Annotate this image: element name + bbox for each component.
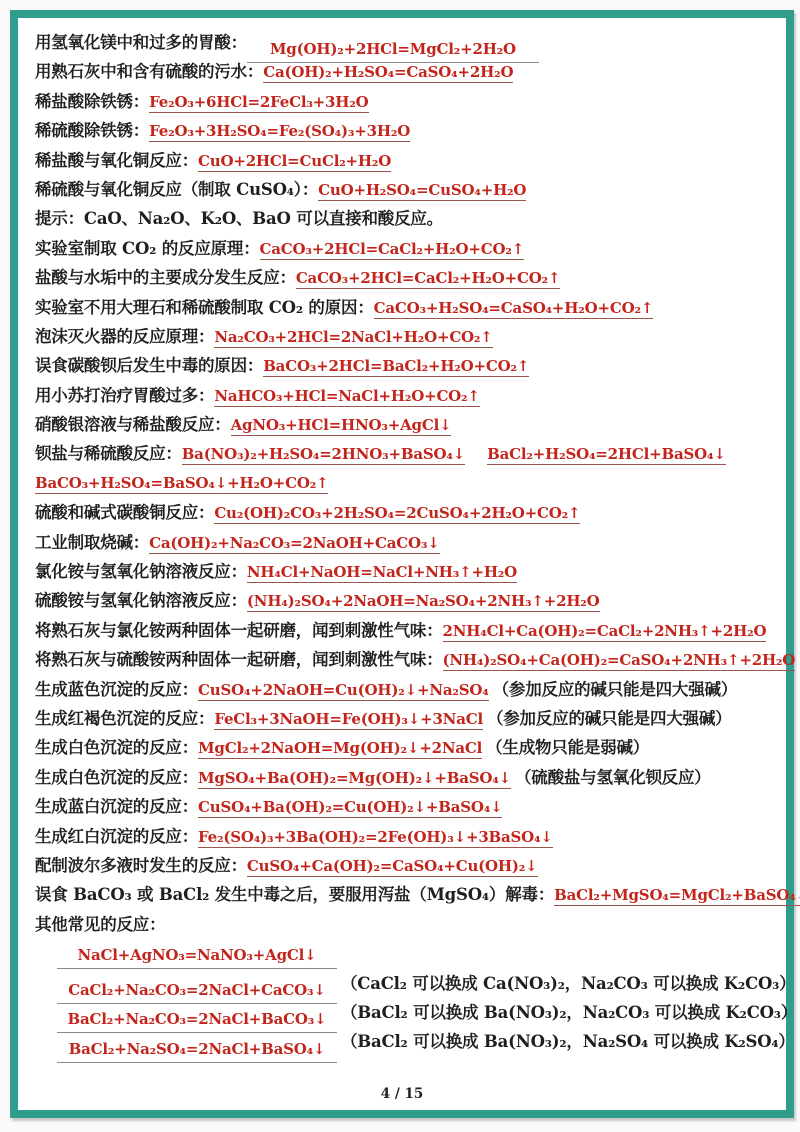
line-label: 工业制取烧碱：: [35, 533, 149, 552]
reaction-line: 生成白色沉淀的反应：MgCl₂+2NaOH=Mg(OH)₂↓+2NaCl（生成物…: [35, 733, 772, 762]
reaction-line: 用熟石灰中和含有硫酸的污水：Ca(OH)₂+H₂SO₄=CaSO₄+2H₂O: [35, 57, 772, 86]
chemical-equation: CuO+H₂SO₄=CuSO₄+H₂O: [318, 181, 526, 201]
chemical-equation: 2NH₄Cl+Ca(OH)₂=CaCl₂+2NH₃↑+2H₂O: [443, 622, 767, 642]
chemical-equation: CuSO₄+Ca(OH)₂=CaSO₄+Cu(OH)₂↓: [247, 857, 538, 877]
chemical-equation: CaCO₃+2HCl=CaCl₂+H₂O+CO₂↑: [296, 269, 561, 289]
line-label: 硝酸银溶液与稀盐酸反应：: [35, 415, 231, 434]
chemical-equation: Fe₂O₃+3H₂SO₄=Fe₂(SO₄)₃+3H₂O: [149, 122, 410, 142]
line-label: 盐酸与水垢中的主要成分发生反应：: [35, 268, 296, 287]
line-label: 配制波尔多液时发生的反应：: [35, 856, 247, 875]
reaction-line: 误食 BaCO₃ 或 BaCl₂ 发生中毒之后，要服用泻盐（MgSO₄）解毒：B…: [35, 880, 772, 909]
reaction-line: 稀硫酸与氧化铜反应（制取 CuSO₄）：CuO+H₂SO₄=CuSO₄+H₂O: [35, 175, 772, 204]
chemical-equation: CaCO₃+2HCl=CaCl₂+H₂O+CO₂↑: [260, 240, 525, 260]
reaction-line: 实验室制取 CO₂ 的反应原理：CaCO₃+2HCl=CaCl₂+H₂O+CO₂…: [35, 234, 772, 263]
reaction-line: CaCl₂+Na₂CO₃=2NaCl+CaCO₃↓（CaCl₂ 可以换成 Ca(…: [35, 969, 772, 998]
reaction-line: 稀硫酸除铁锈：Fe₂O₃+3H₂SO₄=Fe₂(SO₄)₃+3H₂O: [35, 116, 772, 145]
line-label: 误食 BaCO₃ 或 BaCl₂ 发生中毒之后，要服用泻盐（MgSO₄）解毒：: [35, 885, 554, 904]
line-label: 稀硫酸与氧化铜反应（制取 CuSO₄）：: [35, 180, 318, 199]
line-label: 生成白色沉淀的反应：: [35, 738, 198, 757]
fill-blank: BaCl₂+Na₂SO₄=2NaCl+BaSO₄↓: [57, 1035, 337, 1063]
line-label: 硫酸铵与氢氧化钠溶液反应：: [35, 591, 247, 610]
line-label: 用熟石灰中和含有硫酸的污水：: [35, 62, 263, 81]
page-frame: 用氢氧化镁中和过多的胃酸：Mg(OH)₂+2HCl=MgCl₂+2H₂O 用熟石…: [10, 10, 794, 1118]
reaction-line: 钡盐与稀硫酸反应：Ba(NO₃)₂+H₂SO₄=2HNO₃+BaSO₄↓BaCl…: [35, 439, 772, 468]
line-label: 生成红白沉淀的反应：: [35, 827, 198, 846]
reaction-line: 稀盐酸除铁锈：Fe₂O₃+6HCl=2FeCl₃+3H₂O: [35, 87, 772, 116]
chemical-equation: BaCl₂+MgSO₄=MgCl₂+BaSO₄↓: [554, 886, 800, 906]
reaction-line: 工业制取烧碱：Ca(OH)₂+Na₂CO₃=2NaOH+CaCO₃↓: [35, 528, 772, 557]
chemical-equation: CaCO₃+H₂SO₄=CaSO₄+H₂O+CO₂↑: [374, 299, 654, 319]
line-label: 用氢氧化镁中和过多的胃酸：: [35, 33, 247, 52]
line-note: （生成物只能是弱碱）: [486, 738, 649, 757]
chemical-equation: CuSO₄+2NaOH=Cu(OH)₂↓+Na₂SO₄: [198, 681, 489, 701]
reaction-line: 硫酸和碱式碳酸铜反应：Cu₂(OH)₂CO₃+2H₂SO₄=2CuSO₄+2H₂…: [35, 498, 772, 527]
reaction-line: 生成蓝色沉淀的反应：CuSO₄+2NaOH=Cu(OH)₂↓+Na₂SO₄（参加…: [35, 675, 772, 704]
line-note: （参加反应的碱只能是四大强碱）: [493, 680, 738, 699]
line-note: （BaCl₂ 可以换成 Ba(NO₃)₂，Na₂CO₃ 可以换成 K₂CO₃）: [341, 1003, 797, 1022]
line-label: 稀盐酸与氧化铜反应：: [35, 151, 198, 170]
line-label: 用小苏打治疗胃酸过多：: [35, 386, 214, 405]
reaction-line: 稀盐酸与氧化铜反应：CuO+2HCl=CuCl₂+H₂O: [35, 146, 772, 175]
chemical-equation: (NH₄)₂SO₄+Ca(OH)₂=CaSO₄+2NH₃↑+2H₂O: [443, 651, 796, 671]
line-label: 泡沫灭火器的反应原理：: [35, 327, 214, 346]
reaction-line: 用小苏打治疗胃酸过多：NaHCO₃+HCl=NaCl+H₂O+CO₂↑: [35, 381, 772, 410]
chemical-equation: CuO+2HCl=CuCl₂+H₂O: [198, 152, 391, 172]
reaction-line: 盐酸与水垢中的主要成分发生反应：CaCO₃+2HCl=CaCl₂+H₂O+CO₂…: [35, 263, 772, 292]
chemical-equation-2: BaCl₂+H₂SO₄=2HCl+BaSO₄↓: [487, 445, 726, 465]
chemical-equation: BaCO₃+2HCl=BaCl₂+H₂O+CO₂↑: [263, 357, 529, 377]
reaction-line: NaCl+AgNO₃=NaNO₃+AgCl↓: [35, 939, 772, 968]
line-label: 将熟石灰与硫酸铵两种固体一起研磨，闻到刺激性气味：: [35, 650, 443, 669]
reaction-line: 生成蓝白沉淀的反应：CuSO₄+Ba(OH)₂=Cu(OH)₂↓+BaSO₄↓: [35, 792, 772, 821]
line-label: 其他常见的反应：: [35, 915, 165, 934]
document-content: 用氢氧化镁中和过多的胃酸：Mg(OH)₂+2HCl=MgCl₂+2H₂O 用熟石…: [18, 18, 786, 1110]
chemical-equation: NaCl+AgNO₃=NaNO₃+AgCl↓: [78, 946, 317, 965]
reaction-line: 生成红白沉淀的反应：Fe₂(SO₄)₃+3Ba(OH)₂=2Fe(OH)₃↓+3…: [35, 822, 772, 851]
line-note: （参加反应的碱只能是四大强碱）: [487, 709, 732, 728]
reaction-line: 将熟石灰与硫酸铵两种固体一起研磨，闻到刺激性气味：(NH₄)₂SO₄+Ca(OH…: [35, 645, 772, 674]
chemical-equation: NH₄Cl+NaOH=NaCl+NH₃↑+H₂O: [247, 563, 517, 583]
reaction-line: 生成红褐色沉淀的反应：FeCl₃+3NaOH=Fe(OH)₃↓+3NaCl（参加…: [35, 704, 772, 733]
chemical-equation: Cu₂(OH)₂CO₃+2H₂SO₄=2CuSO₄+2H₂O+CO₂↑: [214, 504, 580, 524]
chemical-equation: MgCl₂+2NaOH=Mg(OH)₂↓+2NaCl: [198, 739, 482, 759]
line-label: 钡盐与稀硫酸反应：: [35, 444, 182, 463]
chemical-equation: Na₂CO₃+2HCl=2NaCl+H₂O+CO₂↑: [214, 328, 492, 348]
chemical-equation: BaCl₂+Na₂SO₄=2NaCl+BaSO₄↓: [69, 1040, 326, 1059]
reaction-line: BaCl₂+Na₂CO₃=2NaCl+BaCO₃↓（BaCl₂ 可以换成 Ba(…: [35, 998, 772, 1027]
reaction-line: 泡沫灭火器的反应原理：Na₂CO₃+2HCl=2NaCl+H₂O+CO₂↑: [35, 322, 772, 351]
reaction-line: 配制波尔多液时发生的反应：CuSO₄+Ca(OH)₂=CaSO₄+Cu(OH)₂…: [35, 851, 772, 880]
line-note: （硫酸盐与氢氧化钡反应）: [515, 768, 711, 787]
reaction-line: 实验室不用大理石和稀硫酸制取 CO₂ 的原因：CaCO₃+H₂SO₄=CaSO₄…: [35, 293, 772, 322]
line-label: 实验室不用大理石和稀硫酸制取 CO₂ 的原因：: [35, 298, 374, 317]
line-label: 实验室制取 CO₂ 的反应原理：: [35, 239, 260, 258]
line-label: 将熟石灰与氯化铵两种固体一起研磨，闻到刺激性气味：: [35, 621, 443, 640]
chemical-equation: FeCl₃+3NaOH=Fe(OH)₃↓+3NaCl: [214, 710, 483, 730]
reaction-line: 氯化铵与氢氧化钠溶液反应：NH₄Cl+NaOH=NaCl+NH₃↑+H₂O: [35, 557, 772, 586]
line-note: （BaCl₂ 可以换成 Ba(NO₃)₂，Na₂SO₄ 可以换成 K₂SO₄）: [341, 1032, 795, 1051]
chemical-equation: CuSO₄+Ba(OH)₂=Cu(OH)₂↓+BaSO₄↓: [198, 798, 502, 818]
line-label: 氯化铵与氢氧化钠溶液反应：: [35, 562, 247, 581]
chemical-equation: AgNO₃+HCl=HNO₃+AgCl↓: [231, 416, 452, 436]
reaction-line: 用氢氧化镁中和过多的胃酸：Mg(OH)₂+2HCl=MgCl₂+2H₂O: [35, 28, 772, 57]
reaction-line: 硫酸铵与氢氧化钠溶液反应：(NH₄)₂SO₄+2NaOH=Na₂SO₄+2NH₃…: [35, 586, 772, 615]
chemical-equation: Ca(OH)₂+H₂SO₄=CaSO₄+2H₂O: [263, 63, 513, 83]
reaction-line: 将熟石灰与氯化铵两种固体一起研磨，闻到刺激性气味：2NH₄Cl+Ca(OH)₂=…: [35, 616, 772, 645]
line-label: 生成蓝白沉淀的反应：: [35, 797, 198, 816]
line-label: 硫酸和碱式碳酸铜反应：: [35, 503, 214, 522]
chemical-equation: (NH₄)₂SO₄+2NaOH=Na₂SO₄+2NH₃↑+2H₂O: [247, 592, 600, 612]
hint-line: 提示：CaO、Na₂O、K₂O、BaO 可以直接和酸反应。: [35, 204, 772, 233]
line-label: 生成蓝色沉淀的反应：: [35, 680, 198, 699]
chemical-equation: Ca(OH)₂+Na₂CO₃=2NaOH+CaCO₃↓: [149, 534, 439, 554]
reaction-line: BaCl₂+Na₂SO₄=2NaCl+BaSO₄↓（BaCl₂ 可以换成 Ba(…: [35, 1027, 772, 1056]
reaction-line: 误食碳酸钡后发生中毒的原因：BaCO₃+2HCl=BaCl₂+H₂O+CO₂↑: [35, 351, 772, 380]
chemical-equation: NaHCO₃+HCl=NaCl+H₂O+CO₂↑: [214, 387, 479, 407]
line-label: 生成白色沉淀的反应：: [35, 768, 198, 787]
reaction-line-continuation: BaCO₃+H₂SO₄=BaSO₄↓+H₂O+CO₂↑: [35, 469, 772, 498]
line-label: 提示：CaO、Na₂O、K₂O、BaO 可以直接和酸反应。: [35, 209, 443, 228]
section-heading: 其他常见的反应：: [35, 910, 772, 939]
chemical-equation: MgSO₄+Ba(OH)₂=Mg(OH)₂↓+BaSO₄↓: [198, 769, 511, 789]
chemical-equation: BaCO₃+H₂SO₄=BaSO₄↓+H₂O+CO₂↑: [35, 474, 328, 494]
line-note: （CaCl₂ 可以换成 Ca(NO₃)₂，Na₂CO₃ 可以换成 K₂CO₃）: [341, 974, 796, 993]
reaction-line: 生成白色沉淀的反应：MgSO₄+Ba(OH)₂=Mg(OH)₂↓+BaSO₄↓（…: [35, 763, 772, 792]
chemical-equation: Fe₂O₃+6HCl=2FeCl₃+3H₂O: [149, 93, 368, 113]
chemical-equation: Ba(NO₃)₂+H₂SO₄=2HNO₃+BaSO₄↓: [182, 445, 465, 465]
line-label: 稀盐酸除铁锈：: [35, 92, 149, 111]
chemical-equation: Fe₂(SO₄)₃+3Ba(OH)₂=2Fe(OH)₃↓+3BaSO₄↓: [198, 828, 553, 848]
page-number: 4 / 15: [18, 1086, 786, 1102]
reaction-line: 硝酸银溶液与稀盐酸反应：AgNO₃+HCl=HNO₃+AgCl↓: [35, 410, 772, 439]
fill-blank: NaCl+AgNO₃=NaNO₃+AgCl↓: [57, 941, 337, 969]
line-label: 误食碳酸钡后发生中毒的原因：: [35, 356, 263, 375]
line-label: 生成红褐色沉淀的反应：: [35, 709, 214, 728]
line-label: 稀硫酸除铁锈：: [35, 121, 149, 140]
